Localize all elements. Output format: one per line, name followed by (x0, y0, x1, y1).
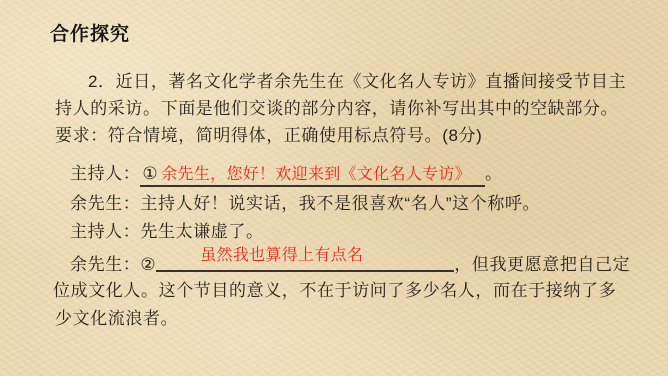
intro-line-1: 2．近日，著名文化学者余先生在《文化名人专访》直播间接受节目主 (88, 71, 626, 93)
page-title: 合作探究 (50, 19, 130, 46)
answer-blank-1: ①余先生，您好！欢迎来到《文化名人专访》 (140, 164, 485, 187)
presentation-slide: 合作探究 2．近日，著名文化学者余先生在《文化名人专访》直播间接受节目主 持人的… (0, 0, 668, 376)
dialogue-host-line-2: 主持人：先生太谦虚了。 (70, 221, 264, 243)
speaker-label-yu-2: 余先生： (70, 255, 140, 274)
answer-blank-2: 虽然我也算得上有点名 (156, 251, 454, 272)
dialogue-host-line-1: 主持人：①余先生，您好！欢迎来到《文化名人专访》。 (70, 163, 503, 187)
answer-text-1: 余先生，您好！欢迎来到《文化名人专访》 (161, 166, 471, 183)
sentence-end-1: 。 (485, 164, 503, 183)
dialogue-yu-line-2-cont-1: 位成文化人。这个节目的意义，不在于访问了多少名人，而在于接纳了多 (53, 280, 616, 302)
answer-text-2: 虽然我也算得上有点名 (200, 246, 363, 266)
dialogue-yu-line-1: 余先生：主持人好！说实话，我不是很喜欢“名人”这个称呼。 (70, 193, 540, 215)
intro-line-2: 持人的采访。下面是他们交谈的部分内容，请你补写出其中的空缺部分。 (55, 98, 618, 120)
speaker-label-host-1: 主持人： (70, 164, 140, 183)
circled-number-1: ① (142, 164, 158, 183)
dialogue-yu-line-2-cont-2: 少文化流浪者。 (55, 308, 178, 330)
sentence-continue-2: ，但我更愿意把自己定 (454, 255, 630, 274)
circled-number-2: ② (140, 255, 156, 274)
intro-line-requirements: 要求：符合情境，简明得体，正确使用标点符号。(8分) (55, 125, 482, 147)
dialogue-yu-line-2: 余先生：②虽然我也算得上有点名，但我更愿意把自己定 (70, 251, 630, 276)
